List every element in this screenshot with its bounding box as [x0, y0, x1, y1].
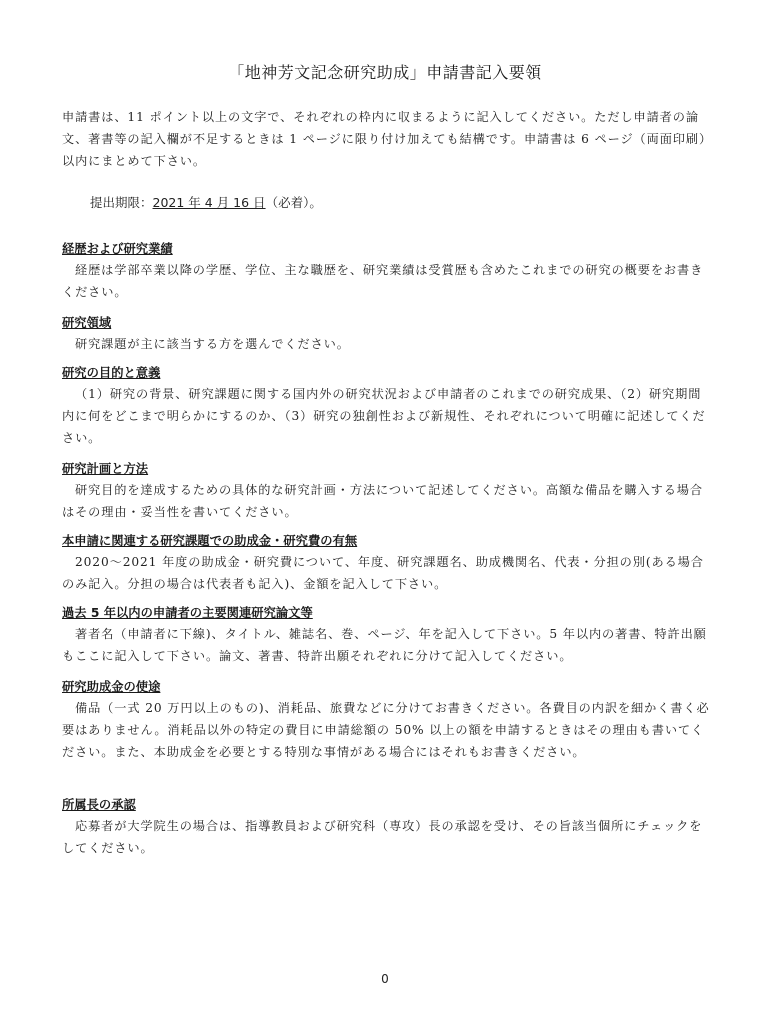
section-heading: 所属長の承認 — [62, 795, 136, 815]
section-body: 著者名（申請者に下線)、タイトル、雑誌名、巻、ページ、年を記入して下さい。5 年… — [62, 623, 712, 667]
deadline-label: 提出期限： — [90, 195, 153, 210]
section-body: 応募者が大学院生の場合は、指導教員および研究科（専攻）長の承認を受け、その旨該当… — [62, 815, 712, 859]
section-supervisor-approval: 所属長の承認 応募者が大学院生の場合は、指導教員および研究科（専攻）長の承認を受… — [62, 794, 712, 859]
section-heading: 過去 5 年以内の申請者の主要関連研究論文等 — [62, 603, 313, 623]
section-heading: 研究助成金の使途 — [62, 677, 160, 697]
section-heading: 本申請に関連する研究課題での助成金・研究費の有無 — [62, 531, 357, 551]
page-number: 0 — [0, 972, 770, 986]
section-body: 経歴は学部卒業以降の学歴、学位、主な職歴を、研究業績は受賞歴も含めたこれまでの研… — [62, 259, 712, 303]
section-body: 2020〜2021 年度の助成金・研究費について、年度、研究課題名、助成機関名、… — [62, 551, 712, 595]
section-body: 備品（一式 20 万円以上のもの)、消耗品、旅費などに分けてお書きください。各費… — [62, 697, 712, 763]
submission-deadline: 提出期限：2021 年 4 月 16 日（必着）。 — [90, 192, 322, 214]
deadline-note: （必着）。 — [266, 195, 322, 210]
section-research-field: 研究領域 研究課題が主に該当する方を選んでください。 — [62, 312, 712, 355]
intro-paragraph: 申請書は、11 ポイント以上の文字で、それぞれの枠内に収まるように記入してくださ… — [62, 106, 712, 172]
document-title: 「地神芳文記念研究助成」申請書記入要領 — [0, 60, 770, 83]
section-purpose: 研究の目的と意義 （1）研究の背景、研究課題に関する国内外の研究状況および申請者… — [62, 362, 712, 449]
section-body: 研究目的を達成するための具体的な研究計画・方法について記述してください。高額な備… — [62, 479, 712, 523]
section-heading: 研究計画と方法 — [62, 459, 148, 479]
section-fund-usage: 研究助成金の使途 備品（一式 20 万円以上のもの)、消耗品、旅費などに分けてお… — [62, 676, 712, 763]
section-plan-method: 研究計画と方法 研究目的を達成するための具体的な研究計画・方法について記述してく… — [62, 458, 712, 523]
section-heading: 経歴および研究業績 — [62, 239, 173, 259]
section-heading: 研究の目的と意義 — [62, 363, 160, 383]
section-heading: 研究領域 — [62, 313, 111, 333]
section-body: （1）研究の背景、研究課題に関する国内外の研究状況および申請者のこれまでの研究成… — [62, 383, 712, 449]
section-career: 経歴および研究業績 経歴は学部卒業以降の学歴、学位、主な職歴を、研究業績は受賞歴… — [62, 238, 712, 303]
section-related-grants: 本申請に関連する研究課題での助成金・研究費の有無 2020〜2021 年度の助成… — [62, 530, 712, 595]
deadline-date: 2021 年 4 月 16 日 — [153, 195, 266, 210]
section-publications: 過去 5 年以内の申請者の主要関連研究論文等 著者名（申請者に下線)、タイトル、… — [62, 602, 712, 667]
section-body: 研究課題が主に該当する方を選んでください。 — [62, 333, 712, 355]
document-page: 「地神芳文記念研究助成」申請書記入要領 申請書は、11 ポイント以上の文字で、そ… — [0, 0, 770, 1024]
